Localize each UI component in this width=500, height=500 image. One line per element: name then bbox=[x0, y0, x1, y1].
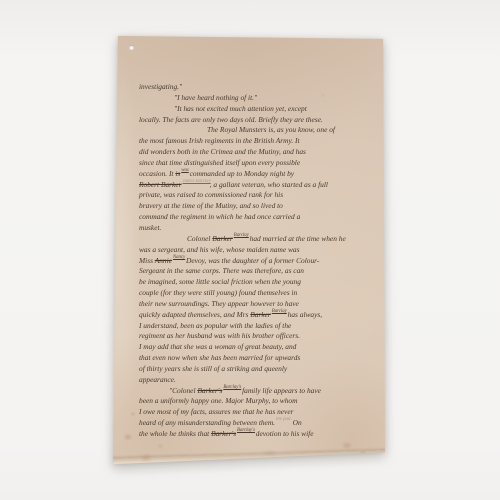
manuscript-line: did wonders both in the Crimea and the M… bbox=[139, 147, 379, 158]
manuscript-segment: has always, bbox=[286, 310, 322, 319]
manuscript-line: that even now when she has been married … bbox=[139, 353, 379, 364]
manuscript-segment: locally. The facts are only two days old… bbox=[139, 115, 323, 124]
manuscript-paper: investigating.""I have heard nothing of … bbox=[113, 35, 385, 465]
manuscript-line: musket. bbox=[139, 223, 379, 234]
manuscript-segment: occasion. It bbox=[139, 169, 175, 178]
interlinear-correction: Barclay's bbox=[223, 385, 241, 390]
manuscript-segment: be imagined, some little social friction… bbox=[139, 277, 301, 286]
manuscript-segment: bravery at the time of the Mutiny, and s… bbox=[139, 201, 283, 210]
foxing-stain bbox=[157, 443, 164, 449]
corrected-word: them.the pair. bbox=[259, 418, 291, 427]
manuscript-line: locally. The facts are only two days old… bbox=[139, 115, 379, 126]
manuscript-segment: their new surroundings. They appear howe… bbox=[139, 299, 299, 308]
manuscript-segment: of thirty years she is still of a striki… bbox=[139, 364, 287, 373]
manuscript-segment: I may add that she was a woman of great … bbox=[139, 342, 296, 351]
manuscript-text: investigating.""I have heard nothing of … bbox=[139, 82, 379, 440]
manuscript-segment: been a uniformly happy one. Major Murphy… bbox=[139, 396, 297, 405]
manuscript-line: heard of any misunderstanding between th… bbox=[139, 418, 379, 429]
foxing-stain bbox=[130, 411, 136, 417]
manuscript-line: investigating." bbox=[139, 82, 379, 93]
manuscript-segment: investigating." bbox=[139, 82, 182, 91]
manuscript-segment: since that time distinguished itself upo… bbox=[139, 158, 300, 167]
photograph-background: investigating.""I have heard nothing of … bbox=[0, 0, 500, 500]
manuscript-line: the whole he thinks that Barker'sBarclay… bbox=[139, 429, 379, 440]
manuscript-line: private, was raised to commissioned rank… bbox=[139, 190, 379, 201]
manuscript-segment: Colonel bbox=[187, 234, 212, 243]
manuscript-segment: was a sergeant, and his wife, whose maid… bbox=[139, 245, 299, 254]
manuscript-line: of thirty years she is still of a striki… bbox=[139, 364, 379, 375]
manuscript-line: be imagined, some little social friction… bbox=[139, 277, 379, 288]
manuscript-line: the most famous Irish regiments in the B… bbox=[139, 136, 379, 147]
manuscript-line: Sergeant in the same corps. There was th… bbox=[139, 266, 379, 277]
manuscript-line: since that time distinguished itself upo… bbox=[139, 158, 379, 169]
manuscript-line: Robert BarkerJames Barclay, a gallant ve… bbox=[139, 180, 379, 191]
paper-bottom-edge bbox=[107, 450, 391, 474]
manuscript-line: appearance. bbox=[139, 375, 379, 386]
manuscript-segment: appearance. bbox=[139, 375, 176, 384]
manuscript-segment: "Colonel bbox=[169, 386, 197, 395]
manuscript-line: Miss AnnieNancy Devoy, was the daughter … bbox=[139, 256, 379, 267]
corrected-word: AnnieNancy bbox=[155, 256, 185, 265]
manuscript-segment: musket. bbox=[139, 223, 161, 232]
manuscript-segment: Miss bbox=[139, 256, 155, 265]
manuscript-segment: Devoy, was the daughter of a former Colo… bbox=[184, 256, 319, 265]
manuscript-line: I owe most of my facts, assures me that … bbox=[139, 407, 379, 418]
interlinear-correction: the pair. bbox=[276, 417, 292, 422]
manuscript-line: quickly adapted themselves, and Mrs Bark… bbox=[139, 310, 379, 321]
interlinear-correction: James Barclay bbox=[183, 179, 211, 184]
manuscript-paper-wrap: investigating.""I have heard nothing of … bbox=[113, 35, 385, 465]
manuscript-segment: quickly adapted themselves, and Mrs bbox=[139, 310, 250, 319]
manuscript-line: bravery at the time of the Mutiny, and s… bbox=[139, 201, 379, 212]
manuscript-segment: the most famous Irish regiments in the B… bbox=[139, 136, 300, 145]
manuscript-segment: couple (for they were still young) found… bbox=[139, 288, 297, 297]
manuscript-line: "Colonel Barker'sBarclay's family life a… bbox=[139, 386, 379, 397]
corrected-word: Barker'sBarclay's bbox=[211, 429, 254, 438]
manuscript-segment: the whole he thinks that bbox=[139, 429, 211, 438]
interlinear-correction: Barclay bbox=[234, 233, 249, 238]
corrected-word: BarkerBarclay bbox=[212, 234, 248, 243]
manuscript-line: "I have heard nothing of it." bbox=[139, 93, 379, 104]
corrected-word: Barker'sBarclay's bbox=[197, 386, 240, 395]
manuscript-segment: had married at the time when he bbox=[248, 234, 346, 243]
manuscript-segment: , a gallant veteran, who started as a fu… bbox=[210, 180, 328, 189]
manuscript-segment: I owe most of my facts, assures me that … bbox=[139, 407, 294, 416]
manuscript-line: I may add that she was a woman of great … bbox=[139, 342, 379, 353]
manuscript-segment: private, was raised to commissioned rank… bbox=[139, 190, 283, 199]
corrected-word: Robert BarkerJames Barclay bbox=[139, 180, 210, 189]
corrected-word: iswas bbox=[175, 169, 187, 178]
punch-hole bbox=[129, 45, 134, 50]
foxing-stain bbox=[123, 433, 133, 441]
manuscript-segment: that even now when she has been married … bbox=[139, 353, 300, 362]
manuscript-segment: commanded up to Monday night by bbox=[188, 169, 294, 178]
manuscript-line: couple (for they were still young) found… bbox=[139, 288, 379, 299]
manuscript-line: command the regiment in which he had onc… bbox=[139, 212, 379, 223]
manuscript-line: "It has not excited much attention yet, … bbox=[139, 104, 379, 115]
foxing-stain bbox=[203, 465, 213, 472]
manuscript-line: I understand, been as popular with the l… bbox=[139, 321, 379, 332]
interlinear-correction: Barclay bbox=[272, 309, 287, 314]
manuscript-segment: command the regiment in which he had onc… bbox=[139, 212, 300, 221]
manuscript-line: their new surroundings. They appear howe… bbox=[139, 299, 379, 310]
foxing-stain bbox=[341, 441, 353, 450]
manuscript-line: Colonel BarkerBarclay had married at the… bbox=[139, 234, 379, 245]
manuscript-segment: did wonders both in the Crimea and the M… bbox=[139, 147, 306, 156]
manuscript-line: been a uniformly happy one. Major Murphy… bbox=[139, 396, 379, 407]
manuscript-segment: I understand, been as popular with the l… bbox=[139, 321, 291, 330]
manuscript-segment: The Royal Munsters is, as you know, one … bbox=[207, 125, 335, 134]
manuscript-line: regiment as her husband was with his bro… bbox=[139, 331, 379, 342]
interlinear-correction: Barclay's bbox=[237, 428, 255, 433]
manuscript-line: The Royal Munsters is, as you know, one … bbox=[139, 125, 379, 136]
manuscript-segment: "It has not excited much attention yet, … bbox=[174, 104, 307, 113]
manuscript-segment: family life appears to have bbox=[240, 386, 321, 395]
manuscript-segment: On bbox=[291, 418, 302, 427]
manuscript-segment: regiment as her husband was with his bro… bbox=[139, 331, 300, 340]
manuscript-line: was a sergeant, and his wife, whose maid… bbox=[139, 245, 379, 256]
manuscript-segment: devotion to his wife bbox=[254, 429, 314, 438]
corrected-word: BarkerBarclay bbox=[250, 310, 286, 319]
manuscript-segment: heard of any misunderstanding between bbox=[139, 418, 259, 427]
manuscript-line: occasion. It iswas commanded up to Monda… bbox=[139, 169, 379, 180]
manuscript-segment: "I have heard nothing of it." bbox=[174, 93, 257, 102]
manuscript-segment: Sergeant in the same corps. There was th… bbox=[139, 266, 304, 275]
